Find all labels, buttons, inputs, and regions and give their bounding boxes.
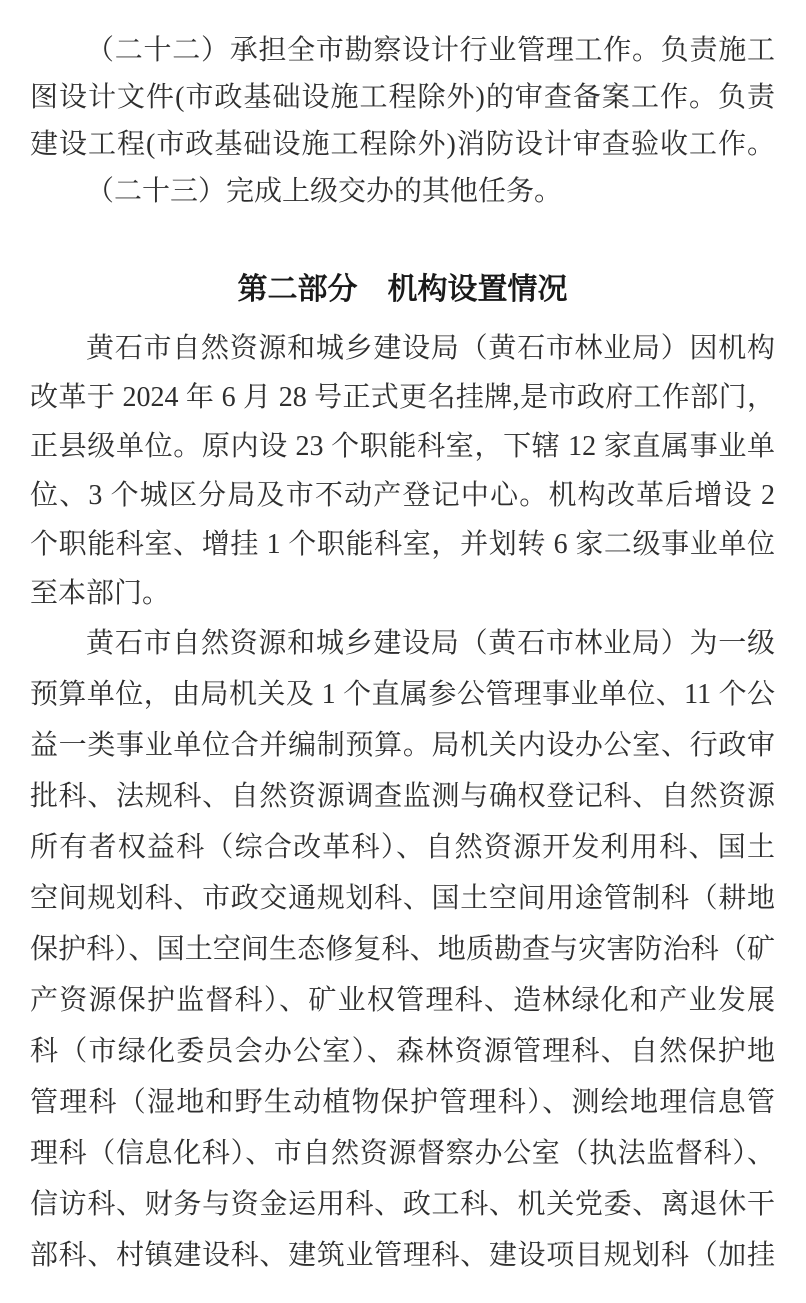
text-line: 建设工程(市政基础设施工程除外)消防设计审查验收工作。 — [30, 121, 775, 168]
text-line: 个职能科室、增挂 1 个职能科室，并划转 6 家二级事业单位 — [30, 520, 775, 569]
clause-23-paragraph: （二十三）完成上级交办的其他任务。 — [30, 168, 775, 215]
section-heading: 第二部分 机构设置情况 — [30, 272, 775, 308]
text-line: 益一类事业单位合并编制预算。局机关内设办公室、行政审 — [30, 720, 775, 771]
org-overview-paragraph: 黄石市自然资源和城乡建设局（黄石市林业局）因机构改革于 2024 年 6 月 2… — [30, 324, 775, 618]
clause-22-paragraph: （二十二）承担全市勘察设计行业管理工作。负责施工图设计文件(市政基础设施工程除外… — [30, 27, 775, 168]
text-line: 信访科、财务与资金运用科、政工科、机关党委、离退休干 — [30, 1179, 775, 1230]
document-content: （二十二）承担全市勘察设计行业管理工作。负责施工图设计文件(市政基础设施工程除外… — [0, 0, 806, 1281]
text-line: 正县级单位。原内设 23 个职能科室，下辖 12 家直属事业单 — [30, 422, 775, 471]
text-line: 空间规划科、市政交通规划科、国土空间用途管制科（耕地 — [30, 873, 775, 924]
document-page: （二十二）承担全市勘察设计行业管理工作。负责施工图设计文件(市政基础设施工程除外… — [0, 0, 806, 1303]
text-line: 黄石市自然资源和城乡建设局（黄石市林业局）为一级 — [30, 618, 775, 669]
text-line: 理科（信息化科）、市自然资源督察办公室（执法监督科）、 — [30, 1128, 775, 1179]
text-line: （二十二）承担全市勘察设计行业管理工作。负责施工 — [30, 27, 775, 74]
text-line: 改革于 2024 年 6 月 28 号正式更名挂牌,是市政府工作部门， — [30, 373, 775, 422]
text-line: 黄石市自然资源和城乡建设局（黄石市林业局）因机构 — [30, 324, 775, 373]
text-line: 图设计文件(市政基础设施工程除外)的审查备案工作。负责 — [30, 74, 775, 121]
text-line: （二十三）完成上级交办的其他任务。 — [30, 168, 775, 215]
text-line: 批科、法规科、自然资源调查监测与确权登记科、自然资源 — [30, 771, 775, 822]
text-line: 产资源保护监督科）、矿业权管理科、造林绿化和产业发展 — [30, 975, 775, 1026]
text-line: 预算单位，由局机关及 1 个直属参公管理事业单位、11 个公 — [30, 669, 775, 720]
text-line: 部科、村镇建设科、建筑业管理科、建设项目规划科（加挂 — [30, 1230, 775, 1281]
text-line: 科（市绿化委员会办公室）、森林资源管理科、自然保护地 — [30, 1026, 775, 1077]
text-line: 位、3 个城区分局及市不动产登记中心。机构改革后增设 2 — [30, 471, 775, 520]
budget-units-paragraph: 黄石市自然资源和城乡建设局（黄石市林业局）为一级预算单位，由局机关及 1 个直属… — [30, 618, 775, 1281]
text-line: 至本部门。 — [30, 569, 775, 618]
text-line: 保护科）、国土空间生态修复科、地质勘查与灾害防治科（矿 — [30, 924, 775, 975]
text-line: 管理科（湿地和野生动植物保护管理科）、测绘地理信息管 — [30, 1077, 775, 1128]
text-line: 所有者权益科（综合改革科）、自然资源开发利用科、国土 — [30, 822, 775, 873]
